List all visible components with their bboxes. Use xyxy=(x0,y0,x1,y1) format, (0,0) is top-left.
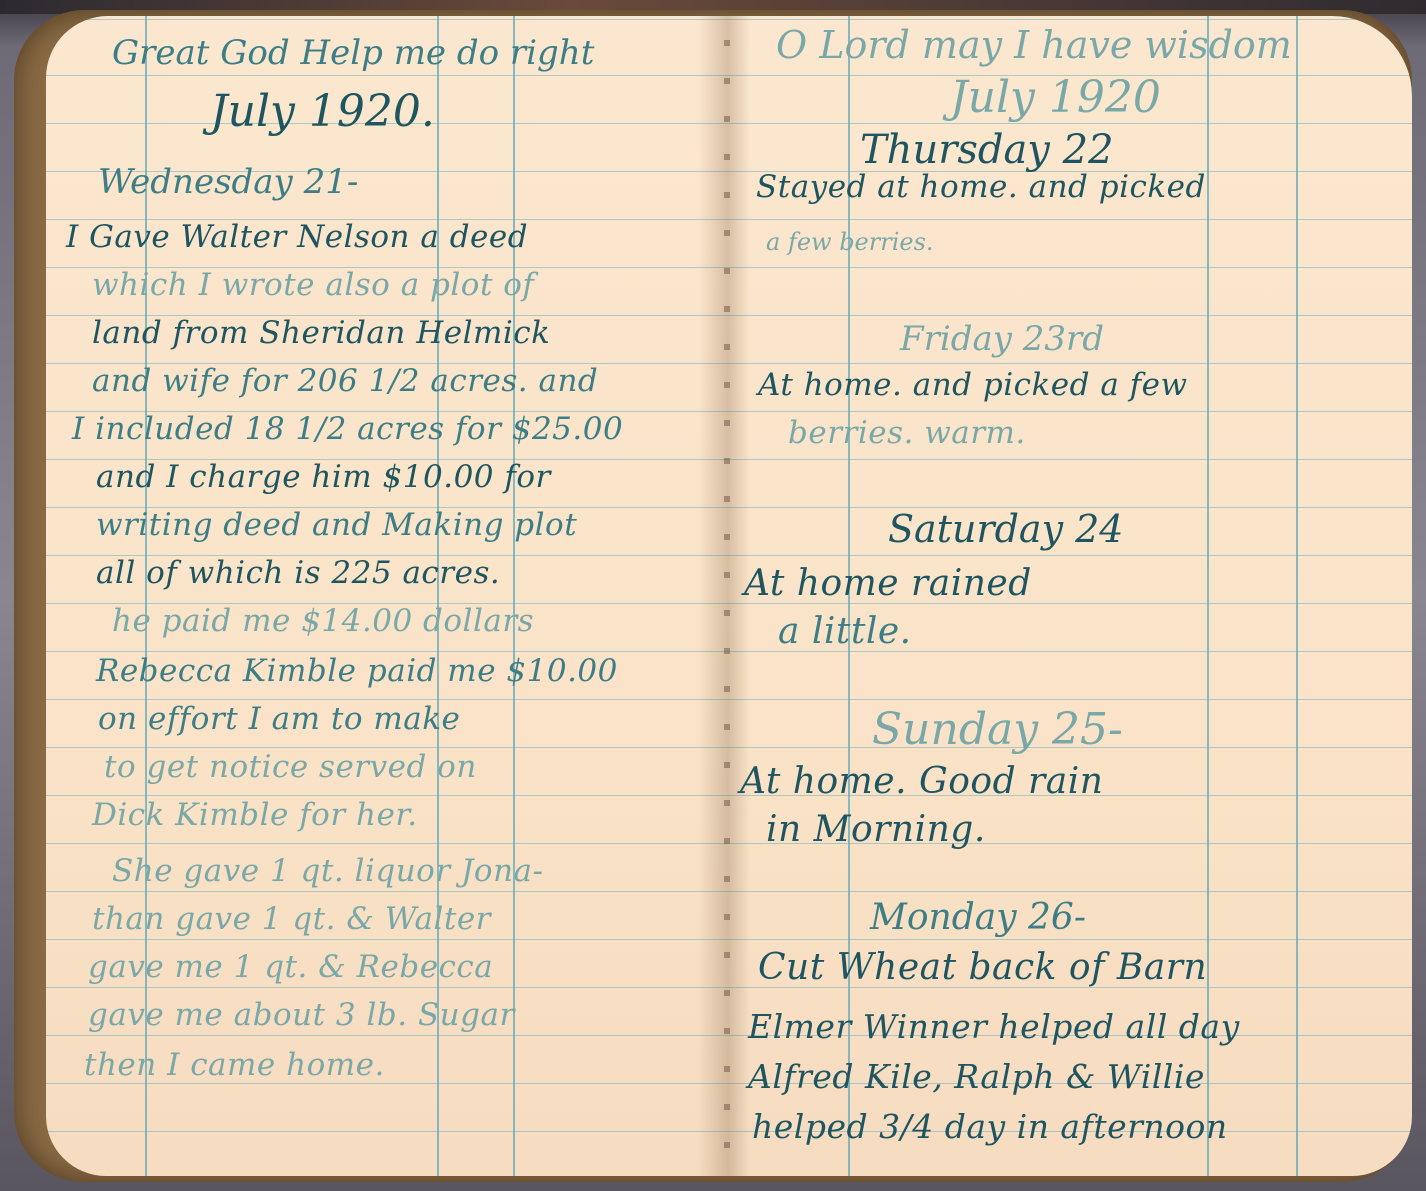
day-heading-friday: Friday 23rd xyxy=(900,322,1104,356)
binding-gutter xyxy=(724,40,730,1160)
entry-line: which I wrote also a plot of xyxy=(92,270,534,301)
day-heading-thursday: Thursday 22 xyxy=(860,130,1114,170)
entry-line: Elmer Winner helped all day xyxy=(748,1010,1240,1043)
right-month-header: July 1920 xyxy=(950,76,1161,120)
entry-line: gave me 1 qt. & Rebecca xyxy=(88,952,493,983)
entry-line: berries. warm. xyxy=(788,418,1026,449)
entry-line: writing deed and Making plot xyxy=(96,510,577,541)
entry-line: and I charge him $10.00 for xyxy=(96,462,551,493)
entry-line: on effort I am to make xyxy=(98,704,460,735)
entry-line: he paid me $14.00 dollars xyxy=(112,606,534,637)
day-heading-wednesday: Wednesday 21- xyxy=(98,165,358,199)
entry-line: and wife for 206 1/2 acres. and xyxy=(92,366,598,397)
entry-line: At home rained xyxy=(744,566,1032,602)
entry-line: Cut Wheat back of Barn xyxy=(758,950,1207,986)
entry-line: than gave 1 qt. & Walter xyxy=(92,904,491,935)
left-motto: Great God Help me do right xyxy=(112,36,594,70)
entry-line: a little. xyxy=(778,614,912,650)
entry-line: Dick Kimble for her. xyxy=(92,800,418,831)
entry-line: I included 18 1/2 acres for $25.00 xyxy=(72,414,623,445)
entry-line: then I came home. xyxy=(84,1050,385,1081)
entry-line: to get notice served on xyxy=(104,752,477,783)
entry-line: At home. and picked a few xyxy=(758,370,1188,401)
day-heading-sunday: Sunday 25- xyxy=(872,708,1123,752)
day-heading-monday: Monday 26- xyxy=(870,900,1086,936)
entry-line: gave me about 3 lb. Sugar xyxy=(88,1000,515,1031)
entry-line: land from Sheridan Helmick xyxy=(92,318,550,349)
entry-line: At home. Good rain xyxy=(740,764,1103,800)
left-month-header: July 1920. xyxy=(210,90,435,134)
entry-line: She gave 1 qt. liquor Jona- xyxy=(112,856,544,887)
column-rule xyxy=(1296,16,1298,1176)
entry-line: all of which is 225 acres. xyxy=(96,558,500,589)
entry-line: Alfred Kile, Ralph & Willie xyxy=(748,1060,1205,1093)
entry-line: helped 3/4 day in afternoon xyxy=(752,1110,1228,1143)
entry-line: I Gave Walter Nelson a deed xyxy=(66,222,528,253)
entry-line: Stayed at home. and picked xyxy=(756,172,1206,203)
entry-line: Rebecca Kimble paid me $10.00 xyxy=(96,656,618,687)
right-motto: O Lord may I have wisdom xyxy=(776,26,1292,64)
column-rule xyxy=(1207,16,1209,1176)
entry-line: a few berries. xyxy=(766,230,934,254)
entry-line: in Morning. xyxy=(766,812,986,848)
day-heading-saturday: Saturday 24 xyxy=(888,510,1123,548)
